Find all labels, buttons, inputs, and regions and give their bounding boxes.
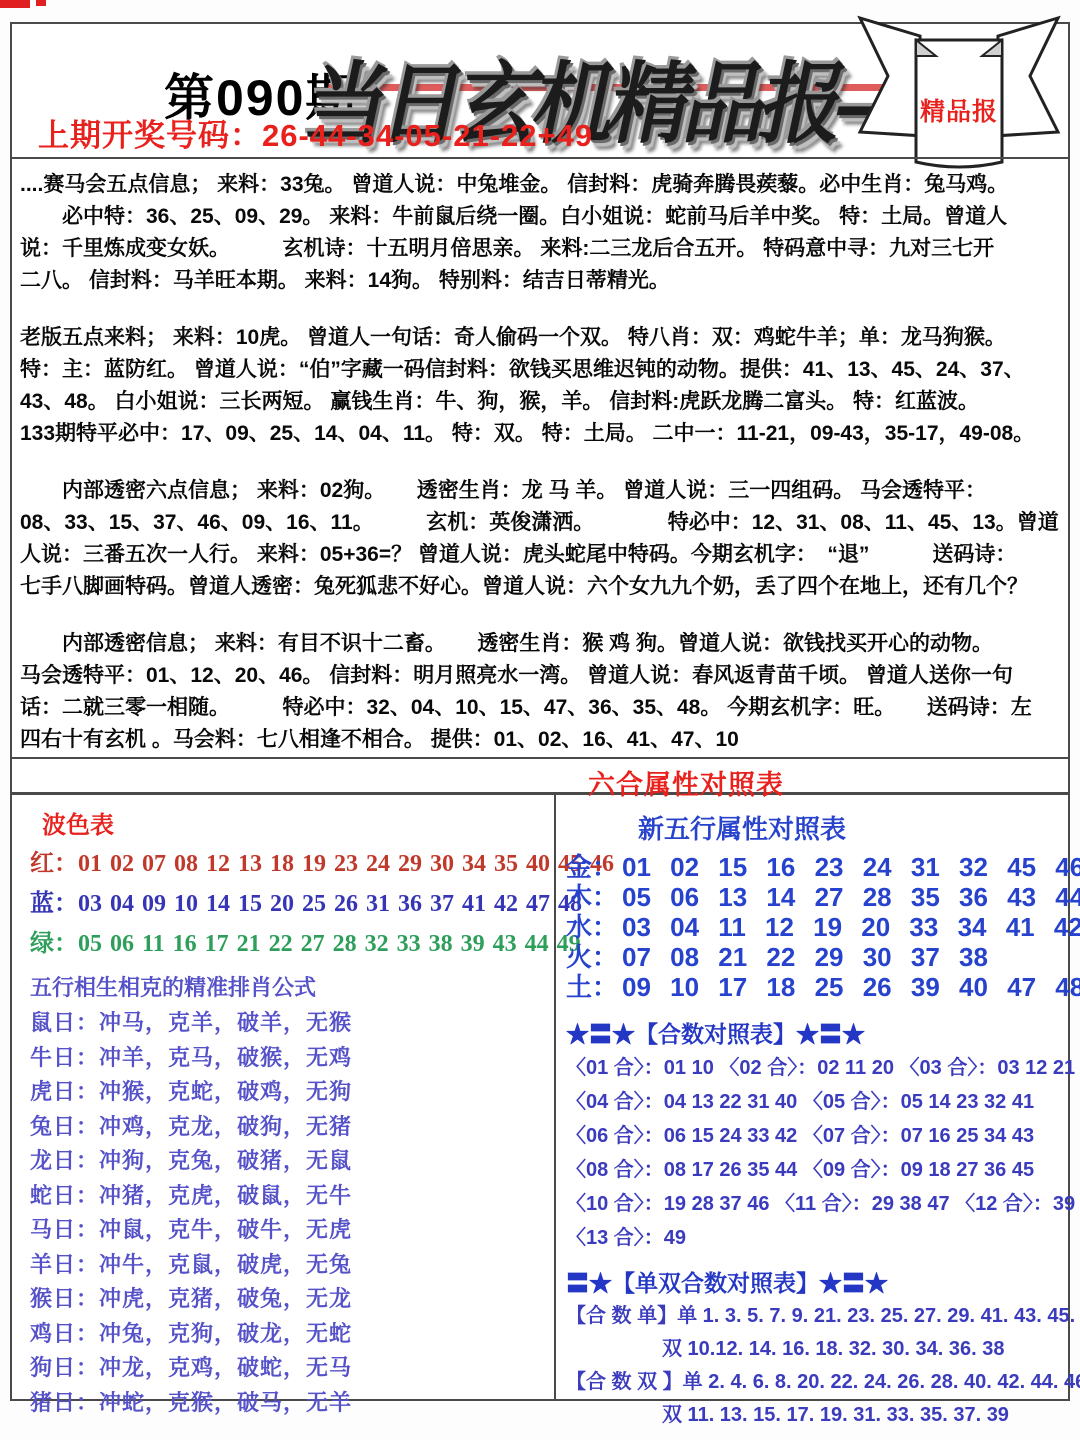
sum-row-1: 〈01 合〉：01 10 〈02 合〉：02 11 20 〈03 合〉：03 1… [566, 1051, 1080, 1085]
sum-row-6: 〈13 合〉：49 [566, 1221, 1080, 1255]
formula-row-horse: 马日：冲鼠，克牛，破牛，无虎 [30, 1213, 554, 1248]
bulletin-paragraph-1: ....赛马会五点信息； 来料：33兔。 曾道人说：中兔堆金。 信封料：虎骑奔腾… [20, 169, 1060, 297]
bulletin-paragraph-3: 内部透密六点信息； 来料：02狗。 透密生肖：龙 马 羊。 曾道人说：三一四组码… [20, 475, 1060, 603]
wave-color-red-label: 红： [30, 850, 78, 877]
header: 第090期 当日玄机精品报—B 精品报 上期开奖号码：26-44-34-05-2… [12, 24, 1068, 157]
ribbon-label: 精品报 [916, 92, 1002, 128]
new-five-elements-title: 新五行属性对照表 [638, 809, 1080, 846]
sum-odd-main-line: 【合 数 单】单 1. 3. 5. 7. 9. 21. 23. 25. 27. … [566, 1300, 1080, 1333]
wave-color-blue-label: 蓝： [30, 890, 78, 917]
sum-even-main-line: 【合 数 双 】单 2. 4. 6. 8. 20. 22. 24. 26. 28… [566, 1366, 1080, 1399]
right-column: 新五行属性对照表 金：01 02 15 16 23 24 31 32 45 46… [556, 795, 1080, 1399]
attribute-table-title-row: 六合属性对照表 [12, 757, 1068, 795]
wave-color-blue-numbers: 03 04 09 10 14 15 20 25 26 31 36 37 41 4… [78, 891, 582, 917]
last-draw-numbers: 26-44-34-05-21-22+49 [262, 118, 593, 153]
water-label: 水： [566, 912, 622, 942]
last-draw-line: 上期开奖号码：26-44-34-05-21-22+49 [38, 110, 593, 155]
formula-row-snake: 蛇日：冲猪，克虎，破鼠，无牛 [30, 1179, 554, 1214]
fire-label: 火： [566, 942, 622, 972]
formula-row-rabbit: 兔日：冲鸡，克龙，破狗，无猪 [30, 1110, 554, 1145]
sum-row-2: 〈04 合〉：04 13 22 31 40 〈05 合〉：05 14 23 32… [566, 1085, 1080, 1119]
lottery-sheet-page: 第090期 当日玄机精品报—B 精品报 上期开奖号码：26-44-34-05-2… [0, 0, 1080, 1440]
bulletin-section: ....赛马会五点信息； 来料：33兔。 曾道人说：中兔堆金。 信封料：虎骑奔腾… [12, 157, 1068, 757]
left-column: 波色表 红：01 02 07 08 12 13 18 19 23 24 29 3… [12, 795, 556, 1399]
formula-row-tiger: 虎日：冲猴，克蛇，破鸡，无狗 [30, 1075, 554, 1110]
wood-numbers: 05 06 13 14 27 28 35 36 43 44 [622, 882, 1080, 912]
sum-table-title: ★〓★【合数对照表】★〓★ [566, 1016, 1080, 1049]
five-elements-formula-title: 五行相生相克的精准排肖公式 [30, 971, 554, 1002]
wave-color-green-label: 绿： [30, 930, 78, 957]
attribute-table-columns: 波色表 红：01 02 07 08 12 13 18 19 23 24 29 3… [12, 795, 1068, 1399]
corner-red-mark [0, 0, 30, 8]
five-elements-row-fire: 火：07 08 21 22 29 30 37 38 [566, 942, 1080, 972]
five-elements-row-wood: 木：05 06 13 14 27 28 35 36 43 44 [566, 882, 1080, 912]
earth-numbers: 09 10 17 18 25 26 39 40 47 48 [622, 972, 1080, 1002]
metal-label: 金： [566, 852, 622, 882]
bulletin-paragraph-4: 内部透密信息； 来料：有目不识十二畜。 透密生肖：猴 鸡 狗。曾道人说：欲钱找买… [20, 628, 1060, 756]
sum-row-5: 〈10 合〉：19 28 37 46 〈11 合〉：29 38 47 〈12 合… [566, 1187, 1080, 1221]
formula-row-pig: 猪日：冲蛇，克猴，破马，无羊 [30, 1386, 554, 1421]
last-draw-label: 上期开奖号码： [38, 118, 262, 153]
sum-row-4: 〈08 合〉：08 17 26 35 44 〈09 合〉：09 18 27 36… [566, 1153, 1080, 1187]
five-elements-row-earth: 土：09 10 17 18 25 26 39 40 47 48 [566, 972, 1080, 1002]
bulletin-paragraph-2: 老版五点来料； 来料：10虎。 曾道人一句话：奇人偷码一个双。 特八肖：双：鸡蛇… [20, 322, 1060, 450]
formula-row-rooster: 鸡日：冲兔，克狗，破龙，无蛇 [30, 1317, 554, 1352]
wave-color-row-red: 红：01 02 07 08 12 13 18 19 23 24 29 30 34… [30, 848, 554, 883]
wave-color-red-numbers: 01 02 07 08 12 13 18 19 23 24 29 30 34 3… [78, 851, 614, 877]
wave-color-row-green: 绿：05 06 11 16 17 21 22 27 28 32 33 38 39… [30, 928, 554, 963]
metal-numbers: 01 02 15 16 23 24 31 32 45 46 [622, 852, 1080, 882]
corner-red-mark-small [36, 0, 46, 6]
ribbon-banner: 精品报 [854, 14, 1064, 164]
fire-numbers: 07 08 21 22 29 30 37 38 [622, 942, 988, 972]
formula-row-dog: 狗日：冲龙，克鸡，破蛇，无马 [30, 1351, 554, 1386]
formula-row-dragon: 龙日：冲狗，克兔，破猪，无鼠 [30, 1144, 554, 1179]
wood-label: 木： [566, 882, 622, 912]
sheet-frame: 第090期 当日玄机精品报—B 精品报 上期开奖号码：26-44-34-05-2… [10, 22, 1070, 1401]
formula-row-monkey: 猴日：冲虎，克猪，破兔，无龙 [30, 1282, 554, 1317]
formula-row-rat: 鼠日：冲马，克羊，破羊，无猴 [30, 1006, 554, 1041]
sum-row-3: 〈06 合〉：06 15 24 33 42 〈07 合〉：07 16 25 34… [566, 1119, 1080, 1153]
sum-even-sub-line: 双 11. 13. 15. 17. 19. 31. 33. 35. 37. 39 [662, 1399, 1080, 1432]
wave-color-row-blue: 蓝：03 04 09 10 14 15 20 25 26 31 36 37 41… [30, 888, 554, 923]
formula-row-ox: 牛日：冲羊，克马，破猴，无鸡 [30, 1041, 554, 1076]
five-elements-row-water: 水：03 04 11 12 19 20 33 34 41 42 49 [566, 912, 1080, 942]
earth-label: 土： [566, 972, 622, 1002]
formula-row-goat: 羊日：冲牛，克鼠，破虎，无兔 [30, 1248, 554, 1283]
sum-odd-sub-line: 双 10.12. 14. 16. 18. 32. 30. 34. 36. 38 [662, 1333, 1080, 1366]
wave-color-table-title: 波色表 [42, 805, 554, 840]
wave-color-green-numbers: 05 06 11 16 17 21 22 27 28 32 33 38 39 4… [78, 931, 581, 957]
odd-even-sum-table-title: 〓★【单双合数对照表】★〓★ [566, 1265, 1080, 1298]
water-numbers: 03 04 11 12 19 20 33 34 41 42 49 [622, 912, 1080, 942]
five-elements-row-metal: 金：01 02 15 16 23 24 31 32 45 46 [566, 852, 1080, 882]
